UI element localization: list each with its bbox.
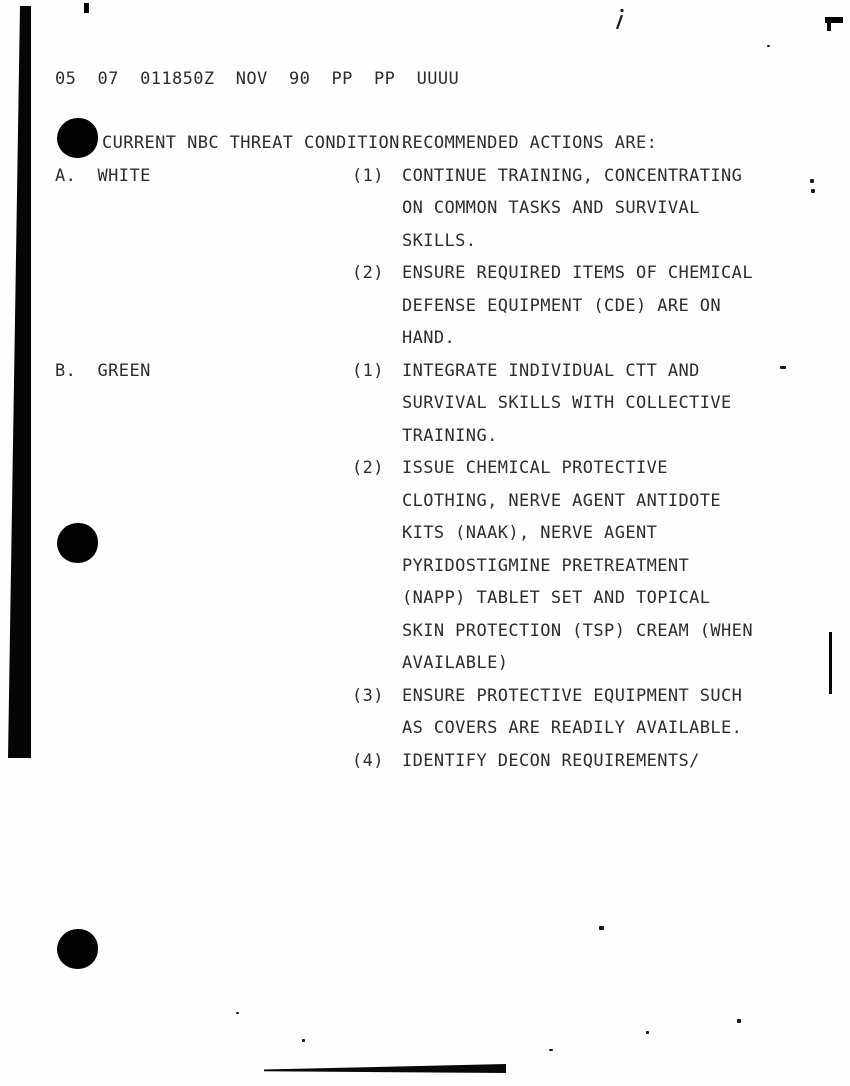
scan-speck — [549, 1049, 553, 1051]
item-number: (2) — [352, 452, 384, 485]
action-text: ON COMMON TASKS AND SURVIVAL — [402, 192, 700, 225]
body-row: PYRIDOSTIGMINE PRETREATMENT — [0, 550, 850, 583]
action-text: ENSURE PROTECTIVE EQUIPMENT SUCH — [402, 680, 742, 713]
action-text: INTEGRATE INDIVIDUAL CTT AND — [402, 355, 700, 388]
condition-label: B. GREEN — [55, 355, 151, 388]
body-row: (NAPP) TABLET SET AND TOPICAL — [0, 582, 850, 615]
redaction-dot-bottom — [57, 929, 98, 969]
scan-speck — [236, 1012, 239, 1014]
body-row: AVAILABLE) — [0, 647, 850, 680]
body-row: HAND. — [0, 322, 850, 355]
action-text: HAND. — [402, 322, 455, 355]
action-text: TRAINING. — [402, 420, 498, 453]
scan-speck — [302, 1039, 305, 1042]
action-text: DEFENSE EQUIPMENT (CDE) ARE ON — [402, 290, 721, 323]
body-row: B. GREEN(1)INTEGRATE INDIVIDUAL CTT AND — [0, 355, 850, 388]
body-row: SURVIVAL SKILLS WITH COLLECTIVE — [0, 387, 850, 420]
action-text: ENSURE REQUIRED ITEMS OF CHEMICAL — [402, 257, 753, 290]
body-row: SKIN PROTECTION (TSP) CREAM (WHEN — [0, 615, 850, 648]
body-row: ON COMMON TASKS AND SURVIVAL — [0, 192, 850, 225]
body-row: AS COVERS ARE READILY AVAILABLE. — [0, 712, 850, 745]
action-text: KITS (NAAK), NERVE AGENT — [402, 517, 657, 550]
item-number: (1) — [352, 355, 384, 388]
intro-text: RECOMMENDED ACTIONS ARE: — [402, 127, 657, 160]
action-text: IDENTIFY DECON REQUIREMENTS/ — [402, 745, 700, 778]
body-row: (4)IDENTIFY DECON REQUIREMENTS/ — [0, 745, 850, 778]
scan-speck — [767, 45, 770, 47]
action-text: PYRIDOSTIGMINE PRETREATMENT — [402, 550, 689, 583]
action-text: AVAILABLE) — [402, 647, 508, 680]
scan-speck — [737, 1019, 741, 1023]
action-text: AS COVERS ARE READILY AVAILABLE. — [402, 712, 742, 745]
item-number: (1) — [352, 160, 384, 193]
action-text: SKILLS. — [402, 225, 476, 258]
scan-dash-mark — [780, 366, 786, 369]
intro-label: CURRENT NBC THREAT CONDITION. — [102, 127, 410, 160]
body-row: TRAINING. — [0, 420, 850, 453]
intro-row: CURRENT NBC THREAT CONDITION.RECOMMENDED… — [0, 127, 850, 160]
action-text: CONTINUE TRAINING, CONCENTRATING — [402, 160, 742, 193]
action-text: CLOTHING, NERVE AGENT ANTIDOTE — [402, 485, 721, 518]
scan-artifact-right-vertical-line — [829, 632, 832, 694]
item-number: (4) — [352, 745, 384, 778]
body-row: (3)ENSURE PROTECTIVE EQUIPMENT SUCH — [0, 680, 850, 713]
body-row: SKILLS. — [0, 225, 850, 258]
item-number: (2) — [352, 257, 384, 290]
scan-speck — [646, 1031, 649, 1034]
body-row: CLOTHING, NERVE AGENT ANTIDOTE — [0, 485, 850, 518]
scan-artifact-top-tick — [84, 3, 89, 13]
action-text: SKIN PROTECTION (TSP) CREAM (WHEN — [402, 615, 753, 648]
scanned-document-page: 05 07 011850Z NOV 90 PP PP UUUU CURRENT … — [0, 0, 850, 1086]
scan-colon-mark-top — [810, 179, 814, 183]
item-number: (3) — [352, 680, 384, 713]
message-header-line: 05 07 011850Z NOV 90 PP PP UUUU — [55, 69, 459, 89]
bottom-scan-line — [264, 1063, 508, 1077]
scan-colon-mark-bottom — [811, 189, 815, 193]
body-row: A. WHITE(1)CONTINUE TRAINING, CONCENTRAT… — [0, 160, 850, 193]
condition-label: A. WHITE — [55, 160, 151, 193]
action-text: SURVIVAL SKILLS WITH COLLECTIVE — [402, 387, 732, 420]
document-body: CURRENT NBC THREAT CONDITION.RECOMMENDED… — [0, 127, 850, 777]
body-row: DEFENSE EQUIPMENT (CDE) ARE ON — [0, 290, 850, 323]
action-text: ISSUE CHEMICAL PROTECTIVE — [402, 452, 668, 485]
body-row: KITS (NAAK), NERVE AGENT — [0, 517, 850, 550]
action-text: (NAPP) TABLET SET AND TOPICAL — [402, 582, 710, 615]
scan-speck — [599, 926, 604, 930]
corner-registration-mark-stem — [827, 23, 831, 31]
handwritten-j-mark — [612, 8, 628, 32]
body-row: (2)ISSUE CHEMICAL PROTECTIVE — [0, 452, 850, 485]
body-row: (2)ENSURE REQUIRED ITEMS OF CHEMICAL — [0, 257, 850, 290]
